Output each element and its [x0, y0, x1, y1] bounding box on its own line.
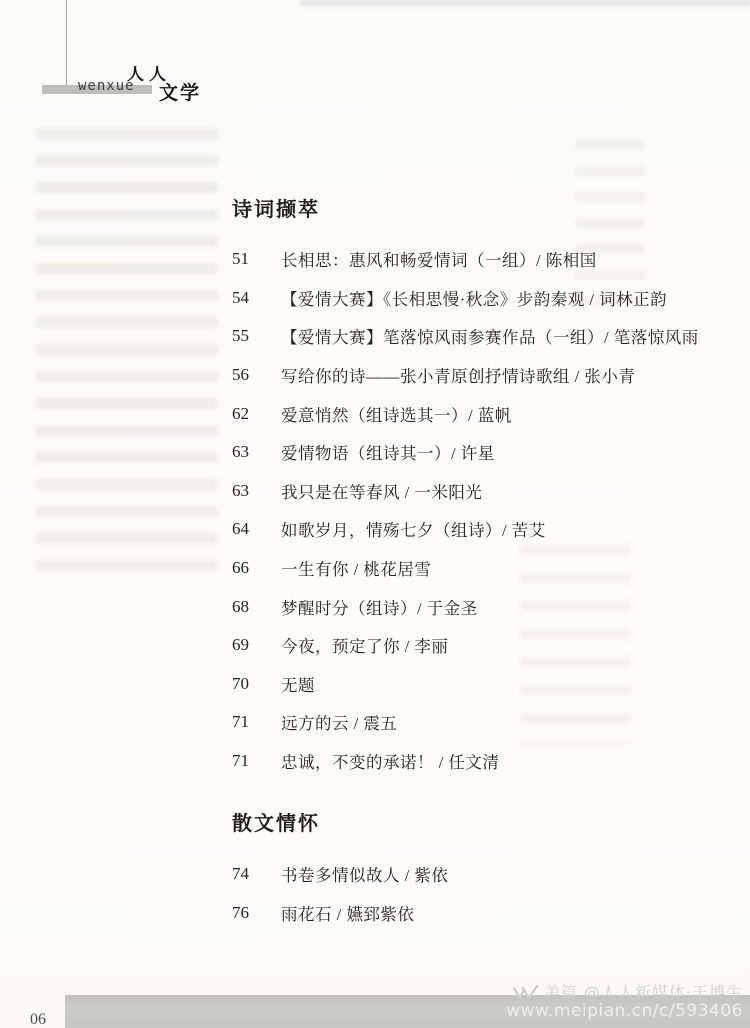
section-title-prose: 散文情怀 [232, 807, 320, 836]
toc-page-number: 68 [232, 597, 281, 617]
toc-title: 【爱情大赛】《长相思慢·秋念》步韵秦观 / 词林正韵 [281, 286, 667, 310]
toc-page-number: 62 [232, 404, 281, 424]
scanned-toc-page: wenxue 人人 文学 诗词撷萃 51 长相思：惠风和畅爱情词（一组）/ 陈相… [0, 0, 750, 1028]
bleed-through-left [36, 128, 218, 576]
toc-title: 【爱情大赛】笔落惊风雨参赛作品（一组）/ 笔落惊风雨 [281, 324, 699, 348]
toc-title: 长相思：惠风和畅爱情词（一组）/ 陈相国 [281, 247, 597, 271]
folio-page-number: 06 [30, 1011, 46, 1028]
scan-edge-shadow [300, 0, 750, 6]
toc-title: 一生有你 / 桃花居雪 [281, 556, 431, 580]
toc-row: 68 梦醒时分（组诗）/ 于金圣 [232, 587, 699, 626]
toc-page-number: 66 [232, 558, 281, 578]
toc-page-number: 74 [232, 864, 281, 884]
toc-page-number: 51 [232, 249, 281, 269]
toc-row: 70 无题 [232, 665, 699, 704]
toc-page-number: 71 [232, 712, 281, 732]
toc-row: 54 【爱情大赛】《长相思慢·秋念》步韵秦观 / 词林正韵 [232, 279, 699, 318]
toc-page-number: 63 [232, 481, 281, 501]
toc-row: 56 写给你的诗——张小青原创抒情诗歌组 / 张小青 [232, 356, 699, 395]
toc-page-number: 56 [232, 365, 281, 385]
toc-row: 62 爱意悄然（组诗选其一）/ 蓝帆 [232, 394, 699, 433]
toc-row: 63 我只是在等春风 / 一米阳光 [232, 472, 699, 511]
toc-row: 76 雨花石 / 嬿郅紫依 [232, 894, 448, 933]
toc-title: 书卷多情似故人 / 紫依 [281, 862, 448, 886]
toc-row: 55 【爱情大赛】笔落惊风雨参赛作品（一组）/ 笔落惊风雨 [232, 317, 699, 356]
toc-row: 74 书卷多情似故人 / 紫依 [232, 855, 448, 894]
toc-page-number: 54 [232, 288, 281, 308]
toc-title: 写给你的诗——张小青原创抒情诗歌组 / 张小青 [281, 363, 635, 387]
toc-row: 64 如歌岁月，情殇七夕（组诗）/ 苦艾 [232, 510, 699, 549]
toc-page-number: 63 [232, 442, 281, 462]
toc-page-number: 71 [232, 751, 281, 771]
toc-page-number: 76 [232, 903, 281, 923]
toc-row: 69 今夜，预定了你 / 李丽 [232, 626, 699, 665]
toc-row: 63 爱情物语（组诗其一）/ 许星 [232, 433, 699, 472]
toc-title: 爱意悄然（组诗选其一）/ 蓝帆 [281, 402, 512, 426]
meipian-logo-icon [513, 985, 539, 1000]
toc-row: 71 忠诚，不变的承诺！ / 任文清 [232, 742, 699, 781]
toc-list-poetry: 51 长相思：惠风和畅爱情词（一组）/ 陈相国 54 【爱情大赛】《长相思慢·秋… [232, 240, 699, 780]
toc-title: 无题 [281, 672, 315, 696]
toc-page-number: 64 [232, 519, 281, 539]
toc-page-number: 70 [232, 674, 281, 694]
meipian-watermark: 美篇 @人人新媒体·王博生 www.meipian.cn/c/593406 [506, 983, 743, 1021]
watermark-line1: 美篇 @人人新媒体·王博生 [506, 983, 743, 1002]
watermark-url: www.meipian.cn/c/593406 [506, 1002, 743, 1021]
toc-row: 51 长相思：惠风和畅爱情词（一组）/ 陈相国 [232, 240, 699, 279]
toc-page-number: 55 [232, 326, 281, 346]
masthead-vertical-rule [66, 0, 67, 89]
renren-logo-bottom: 文学 [159, 78, 201, 105]
toc-title: 梦醒时分（组诗）/ 于金圣 [281, 595, 478, 619]
toc-title: 如歌岁月，情殇七夕（组诗）/ 苦艾 [281, 517, 546, 541]
watermark-account-text: 美篇 @人人新媒体·王博生 [544, 983, 743, 1002]
toc-title: 爱情物语（组诗其一）/ 许星 [281, 440, 495, 464]
toc-title: 雨花石 / 嬿郅紫依 [281, 901, 414, 925]
toc-page-number: 69 [232, 635, 281, 655]
toc-title: 忠诚，不变的承诺！ / 任文清 [281, 749, 499, 773]
toc-list-prose: 74 书卷多情似故人 / 紫依 76 雨花石 / 嬿郅紫依 [232, 855, 448, 932]
toc-title: 远方的云 / 震五 [281, 710, 397, 734]
toc-row: 66 一生有你 / 桃花居雪 [232, 549, 699, 588]
toc-title: 我只是在等春风 / 一米阳光 [281, 479, 482, 503]
toc-row: 71 远方的云 / 震五 [232, 703, 699, 742]
toc-title: 今夜，预定了你 / 李丽 [281, 633, 448, 657]
section-title-poetry: 诗词撷萃 [232, 193, 320, 222]
